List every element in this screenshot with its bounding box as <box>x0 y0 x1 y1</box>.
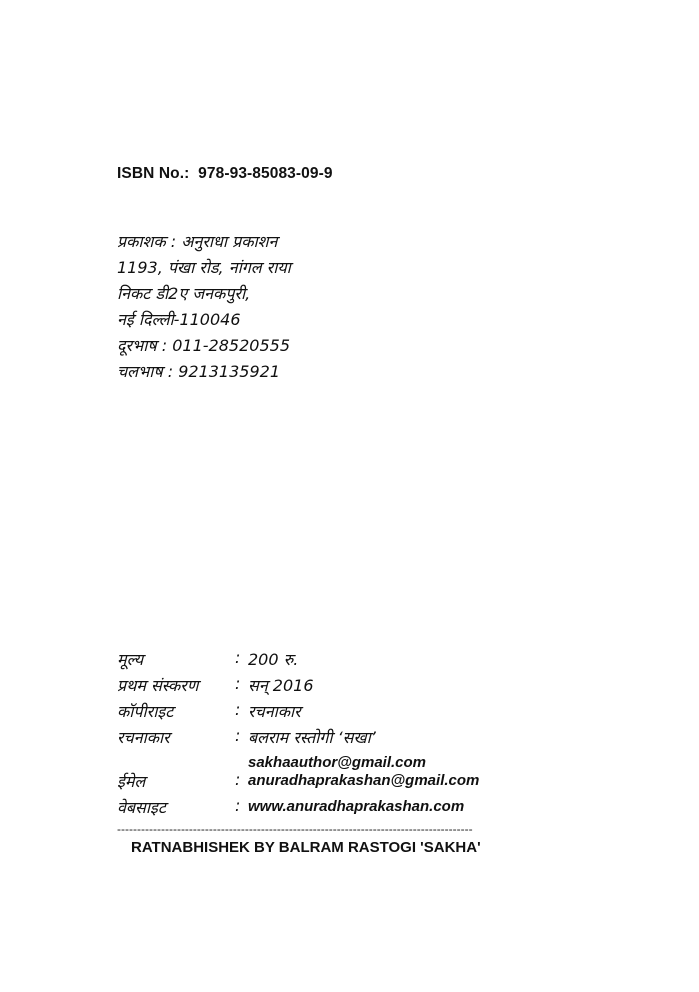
separator: : <box>235 648 240 667</box>
publisher-street: 1193, पंखा रोड, नांगल राया <box>117 255 291 281</box>
price-value: 200 रु. <box>248 648 298 670</box>
publisher-name: प्रकाशक : अनुराधा प्रकाशन <box>117 229 291 255</box>
publisher-phone: दूरभाष : 011-28520555 <box>117 333 291 359</box>
book-imprint-page: ISBN No.: 978-93-85083-09-9 प्रकाशक : अन… <box>0 0 699 992</box>
separator: : <box>235 726 240 745</box>
separator: : <box>235 674 240 693</box>
separator: : <box>235 796 240 815</box>
price-label: मूल्य <box>117 648 143 670</box>
website-label: वेबसाइट <box>117 796 166 818</box>
edition-value: सन् 2016 <box>248 674 314 696</box>
email-label: ईमेल <box>117 770 145 792</box>
author-label: रचनाकार <box>117 726 170 748</box>
publisher-email[interactable]: anuradhaprakashan@gmail.com <box>248 772 479 789</box>
separator: : <box>235 770 240 789</box>
website-link[interactable]: www.anuradhaprakashan.com <box>248 798 464 815</box>
publisher-city: नई दिल्ली-110046 <box>117 307 291 333</box>
separator: : <box>235 700 240 719</box>
isbn-line: ISBN No.: 978-93-85083-09-9 <box>117 165 333 183</box>
edition-label: प्रथम संस्करण <box>117 674 198 696</box>
book-title-footer: RATNABHISHEK BY BALRAM RASTOGI 'SAKHA' <box>131 839 481 856</box>
author-value: बलराम रस्तोगी ‘सखा’ <box>248 726 376 748</box>
copyright-value: रचनाकार <box>248 700 301 722</box>
publisher-landmark: निकट डी2ए जनकपुरी, <box>117 281 291 307</box>
author-email[interactable]: sakhaauthor@gmail.com <box>248 754 426 771</box>
publisher-mobile: चलभाष : 9213135921 <box>117 359 291 385</box>
copyright-label: कॉपीराइट <box>117 700 173 722</box>
publisher-address-block: प्रकाशक : अनुराधा प्रकाशन 1193, पंखा रोड… <box>117 229 291 385</box>
dashed-divider: ----------------------------------------… <box>117 822 529 836</box>
